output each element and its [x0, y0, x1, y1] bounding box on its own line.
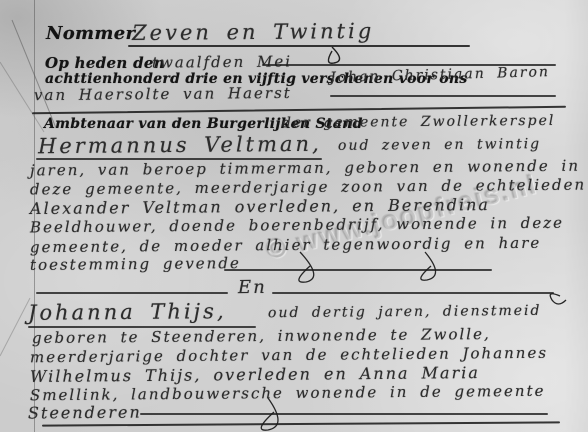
- official-name-2: van Haersolte van Haerst: [34, 84, 292, 104]
- bride-name: Johanna Thijs,: [28, 299, 227, 325]
- groom-line-7: toestemming gevende: [30, 254, 241, 274]
- document-scan: © www.joopfreis.nl Nommer Zeven en Twint…: [0, 0, 588, 432]
- ruled-line: [128, 45, 470, 47]
- ruled-line: [140, 413, 548, 415]
- bottom-rule: [42, 421, 560, 426]
- bride-line-2: geboren te Steenderen, inwonende te Zwol…: [32, 325, 491, 347]
- bride-line-5: Smellink, landbouwersche wonende in de g…: [30, 382, 546, 404]
- ruled-line: [330, 95, 556, 97]
- official-name-1: Johan Christiaan Baron: [330, 64, 550, 86]
- ruled-line: [224, 269, 492, 271]
- nommer-label: Nommer: [46, 23, 135, 44]
- flourish: [299, 252, 314, 282]
- opheden-printed: Op heden den: [45, 54, 165, 72]
- groom-line-6: gemeente, de moeder alhier tegenwoordig …: [30, 234, 541, 256]
- connector-word: En: [238, 277, 267, 298]
- ruled-line: [272, 292, 554, 294]
- date-hand: twaalfden Mei: [152, 52, 292, 71]
- groom-line-5: Beeldhouwer, doende boerenbedrijf, wonen…: [30, 214, 564, 237]
- groom-name: Hermannus Veltman,: [38, 132, 322, 158]
- flourish: [328, 47, 339, 63]
- flourish: [550, 294, 566, 304]
- bride-line-1: oud dertig jaren, dienstmeid: [268, 303, 542, 321]
- ruled-line: [36, 292, 228, 294]
- groom-line-3: deze gemeente, meerderjarige zoon van de…: [30, 176, 586, 199]
- flourish: [421, 252, 436, 280]
- bride-line-6: Steenderen: [28, 403, 142, 423]
- crease-line: [0, 298, 30, 356]
- groom-line-1: oud zeven en twintig: [338, 136, 541, 154]
- gemeente-hand: der gemeente Zwollerkerspel: [282, 113, 555, 131]
- nommer-value: Zeven en Twintig: [132, 19, 374, 45]
